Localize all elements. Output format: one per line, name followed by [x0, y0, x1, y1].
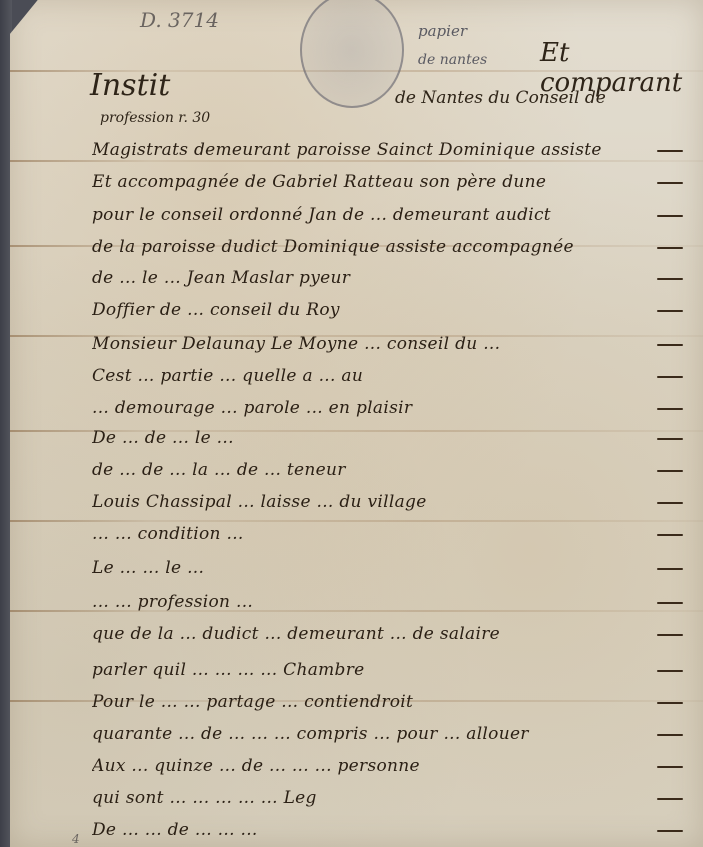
manuscript-line: de ... le ... Jean Maslar pyeur — [92, 268, 683, 288]
manuscript-page — [10, 0, 703, 847]
manuscript-line: quarante ... de ... ... ... compris ... … — [92, 724, 683, 744]
ink-bleed — [10, 160, 703, 162]
manuscript-line: pour le conseil ordonné Jan de ... demeu… — [92, 205, 683, 225]
manuscript-line: de la paroisse dudict Dominique assiste … — [92, 237, 683, 257]
margin-mark: 4 — [72, 832, 80, 846]
stamp-label-papier: papier — [418, 22, 467, 40]
stamp-label-nantes: de nantes — [418, 52, 487, 68]
manuscript-line: Pour le ... ... partage ... contiendroit — [92, 692, 683, 712]
manuscript-line: ... demourage ... parole ... en plaisir — [92, 398, 683, 418]
manuscript-line: De ... ... de ... ... ... — [92, 820, 683, 840]
manuscript-line: Monsieur Delaunay Le Moyne ... conseil d… — [92, 334, 683, 354]
manuscript-line: Le ... ... le ... — [92, 558, 683, 578]
manuscript-line: Cest ... partie ... quelle a ... au — [92, 366, 683, 386]
margin-title: Instit — [90, 68, 170, 103]
manuscript-line: De ... de ... le ... — [92, 428, 683, 448]
manuscript-line: Louis Chassipal ... laisse ... du villag… — [92, 492, 683, 512]
ink-bleed — [10, 520, 703, 522]
top-left-note: D. 3714 — [140, 8, 219, 32]
manuscript-line: parler quil ... ... ... ... Chambre — [92, 660, 683, 680]
manuscript-line: que de la ... dudict ... demeurant ... d… — [92, 624, 683, 644]
manuscript-line: Aux ... quinze ... de ... ... ... person… — [92, 756, 683, 776]
manuscript-line: ... ... profession ... — [92, 592, 683, 612]
manuscript-line: Magistrats demeurant paroisse Sainct Dom… — [92, 140, 683, 160]
manuscript-line: ... ... condition ... — [92, 524, 683, 544]
manuscript-line: Doffier de ... conseil du Roy — [92, 300, 683, 320]
manuscript-line: qui sont ... ... ... ... ... Leg — [92, 788, 683, 808]
header-line: de Nantes du Conseil de — [395, 88, 606, 108]
manuscript-line: Et accompagnée de Gabriel Ratteau son pè… — [92, 172, 683, 192]
margin-subtitle: profession r. 30 — [100, 110, 210, 126]
manuscript-line: de ... de ... la ... de ... teneur — [92, 460, 683, 480]
